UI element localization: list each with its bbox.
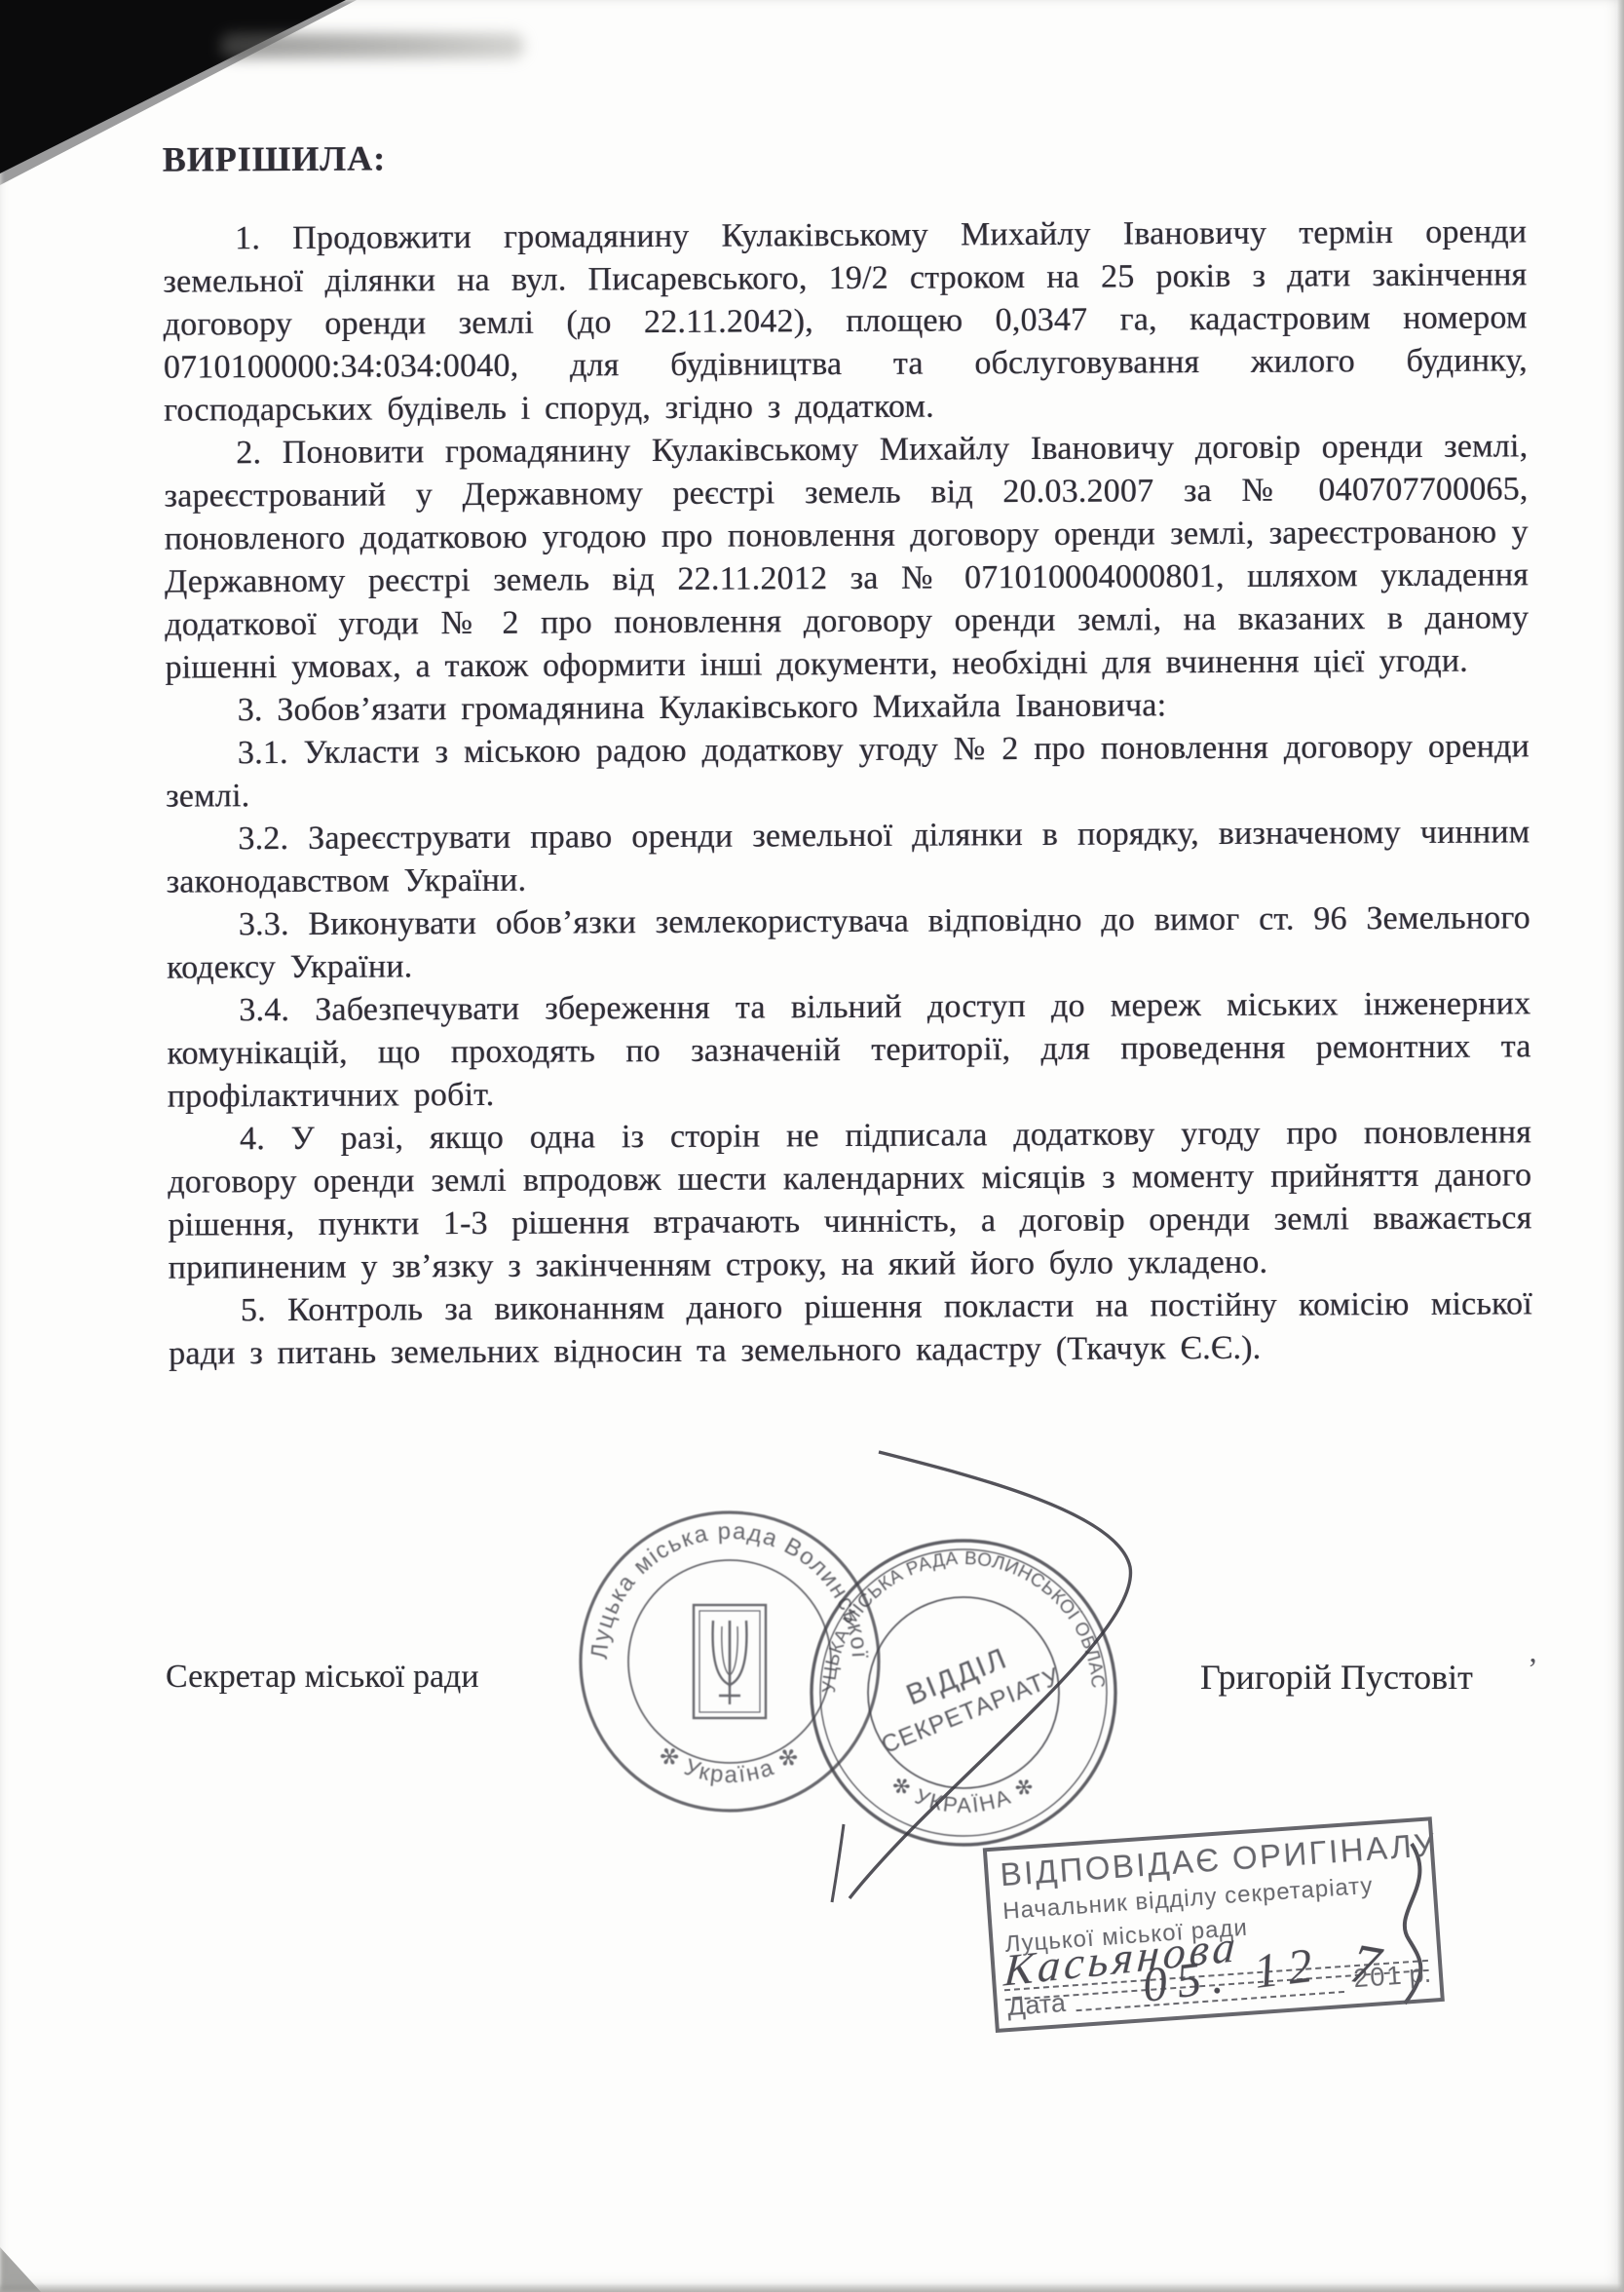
stray-pen-mark: ’	[1528, 1651, 1538, 1687]
document-paragraph: 3.4. Забезпечувати збереження та вільний…	[167, 982, 1531, 1118]
document-paragraph: 1. Продовжити громадянину Кулаківському …	[163, 210, 1528, 432]
document-paragraph: 5. Контроль за виконанням даного рішення…	[169, 1282, 1532, 1375]
decision-heading: ВИРІШИЛА:	[163, 131, 1527, 180]
secretariat-round-stamp: ЛУЦЬКА МІСЬКА РАДА ВОЛИНСЬКОЇ ОБЛАСТІ ✻ …	[805, 1534, 1122, 1852]
date-label: Дата	[1006, 1988, 1067, 2022]
scan-streak	[220, 33, 524, 58]
document-paragraph: 3.2. Зареєструвати право оренди земельно…	[166, 811, 1530, 903]
signoff-name: Григорій Пустовіт	[1200, 1657, 1473, 1698]
city-stamp-ring-bottom-text: ✻ Україна ✻	[654, 1741, 806, 1789]
document-paragraph: 3.3. Виконувати обов’язки землекористува…	[167, 897, 1530, 989]
trident-emblem-icon	[694, 1605, 766, 1718]
year-suffix: р.	[1408, 1959, 1432, 1990]
svg-text:✻ Україна ✻: ✻ Україна ✻	[654, 1741, 806, 1789]
document-paragraph: 4. У разі, якщо одна із сторін не підпис…	[168, 1111, 1532, 1289]
signoff-title: Секретар міської ради	[166, 1659, 479, 1696]
scan-edge-bottom	[0, 2283, 1624, 2292]
document-paragraph: 3.1. Укласти з міською радою додаткову у…	[166, 725, 1530, 818]
certification-stamp: ВІДПОВІДАЄ ОРИГІНАЛУ Начальник відділу с…	[983, 1816, 1445, 2033]
document-paragraph: 2. Поновити громадянину Кулаківському Ми…	[164, 425, 1529, 689]
document-body: ВИРІШИЛА: 1. Продовжити громадянину Кула…	[163, 131, 1533, 1375]
svg-text:✻ УКРАЇНА ✻: ✻ УКРАЇНА ✻	[888, 1772, 1040, 1817]
document-paragraph: 3. Зобов’язати громадянина Кулаківського…	[166, 682, 1530, 732]
scan-edge-right	[1617, 0, 1624, 2292]
secretariat-stamp-ring-bottom-text: ✻ УКРАЇНА ✻	[888, 1772, 1040, 1817]
scanned-document-page: ВИРІШИЛА: 1. Продовжити громадянину Кула…	[0, 0, 1624, 2292]
